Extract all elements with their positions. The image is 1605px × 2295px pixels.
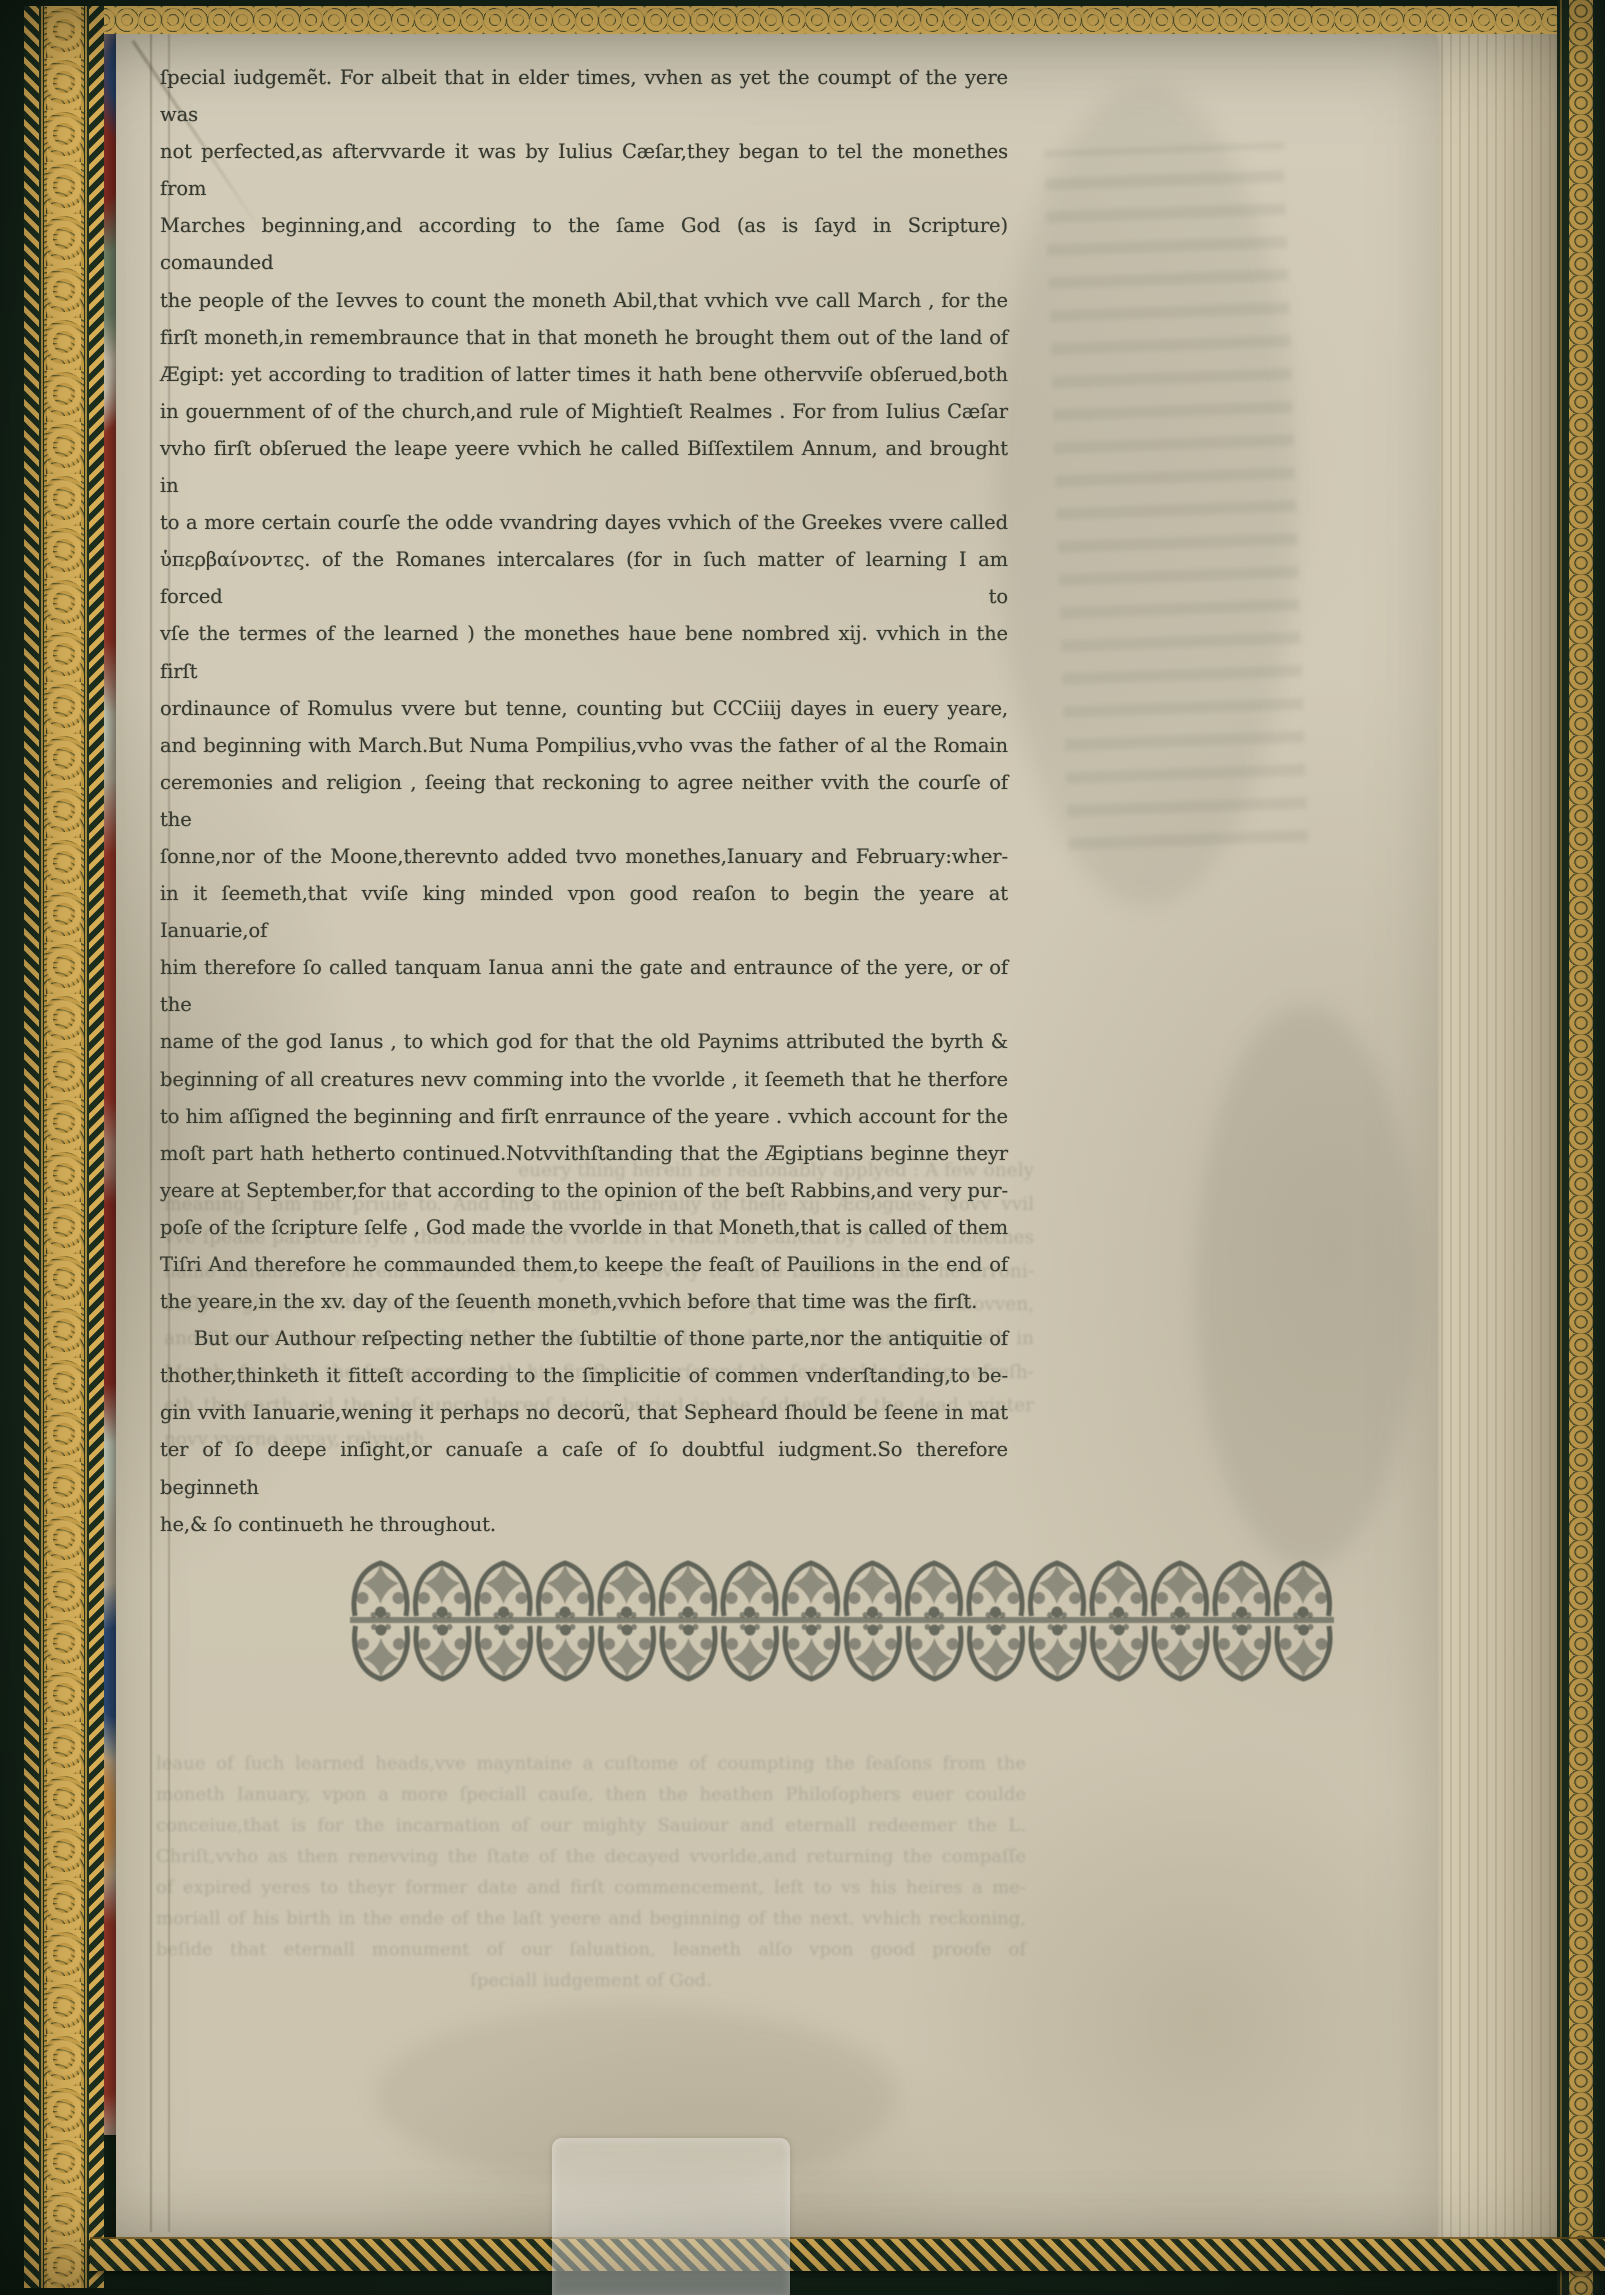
printed-text-line: to him aſſigned the beginning and firſt … (160, 1098, 1008, 1135)
fleuron-unit (477, 1563, 530, 1618)
printed-text-line: beginning of all creatures nevv comming … (160, 1061, 1008, 1098)
showthrough-line: March. for then the ſonne renevveth his … (164, 1356, 1034, 1390)
showthrough-marginalia (1044, 142, 1308, 850)
fleuron-unit (1277, 1563, 1330, 1618)
printed-text-line: Ægipt: yet according to tradition of lat… (160, 356, 1008, 393)
fleuron-unit (539, 1624, 592, 1679)
fleuron-unit (1154, 1563, 1207, 1618)
fleuron-unit (1092, 1563, 1145, 1618)
showthrough-line: name Ianuarie : wherein to ſome he may ſ… (164, 1255, 1034, 1289)
showthrough-line: moriall of his birth in the ende of the … (156, 1903, 1026, 1934)
fleuron-unit (1277, 1624, 1330, 1679)
printed-text-line: to a more certain courſe the odde vvandr… (160, 504, 1008, 541)
fleuron-unit (969, 1563, 1022, 1618)
showthrough-line: ouſly beginneth with that moneth,vvhich … (164, 1288, 1034, 1322)
fleuron-unit (1216, 1624, 1269, 1679)
showthrough-line: eth the earth,and the pleſaunce thereof … (164, 1389, 1034, 1423)
printed-text-line: vſe the termes of the learned ) the mone… (160, 615, 1008, 689)
fleuron-unit (416, 1563, 469, 1618)
printed-text-line: ordinaunce of Romulus vvere but tenne, c… (160, 690, 1008, 727)
fleuron-unit (1093, 1624, 1146, 1679)
fleuron-unit (908, 1563, 961, 1618)
fleuron-unit (785, 1563, 838, 1618)
fleuron-unit (847, 1624, 900, 1679)
showthrough-text-upper: euery thing herein be reaſonably applyed… (164, 1154, 1034, 1456)
gilt-border-bottom (90, 2239, 1605, 2271)
printed-text-line: him therefore ſo called tanquam Ianua an… (160, 949, 1008, 1023)
printed-text-line: ceremonies and religion , ſeeing that re… (160, 764, 1008, 838)
printed-text-line: in gouernment of of the church,and rule … (160, 393, 1008, 430)
showthrough-line: meaning I am not priuie to. And thus muc… (164, 1188, 1034, 1222)
showthrough-line: euery thing herein be reaſonably applyed… (164, 1154, 1034, 1188)
printed-text-line: not perfected,as aftervvarde it was by I… (160, 133, 1008, 207)
paper-stain (1196, 1006, 1416, 1566)
showthrough-line: leaue of ſuch learned heads,vve mayntain… (156, 1748, 1026, 1779)
printed-text-line: ſonne,nor of the Moone,therevnto added t… (160, 838, 1008, 875)
printed-text-line: vvho firſt obſerued the leape yeere vvhi… (160, 430, 1008, 504)
fleuron-unit (1215, 1563, 1268, 1618)
fleuron-unit (355, 1624, 408, 1679)
fleuron-unit (970, 1624, 1023, 1679)
gilt-border-right (1557, 0, 1605, 2295)
printed-text-line: he,& ſo continueth he throughout. (160, 1506, 1008, 1543)
book-page: ſpecial iudgemẽt. For albeit that in eld… (116, 26, 1438, 2244)
showthrough-text-lower: leaue of ſuch learned heads,vve mayntain… (156, 1748, 1026, 1996)
fleuron-unit (600, 1563, 653, 1618)
printers-flowers-ornament-band (350, 1558, 1334, 1684)
printed-text-line: ſpecial iudgemẽt. For albeit that in eld… (160, 59, 1008, 133)
fleuron-unit (908, 1624, 961, 1679)
fleuron-unit (1154, 1624, 1207, 1679)
showthrough-line: moneth Ianuary, vpon a more ſpeciall cau… (156, 1779, 1026, 1810)
fleuron-unit (785, 1624, 838, 1679)
printed-text-line: firſt moneth,in remembraunce that in tha… (160, 319, 1008, 356)
showthrough-line: beſide that eternall monument of our ſal… (156, 1934, 1026, 1965)
showthrough-line: Chriſt,vvho as then renevving the ſtate … (156, 1841, 1026, 1872)
translucent-tab (552, 2138, 790, 2295)
printed-text-line: in it ſeemeth,that vviſe king minded vpo… (160, 875, 1008, 949)
gilt-border-top (24, 6, 1574, 34)
fleuron-unit (416, 1624, 469, 1679)
showthrough-line: vve ſpeake particularly of them,and firſ… (164, 1221, 1034, 1255)
fleuron-unit (662, 1624, 715, 1679)
showthrough-line: conceiue,that is for the incarnation of … (156, 1810, 1026, 1841)
fleuron-unit (723, 1563, 776, 1618)
printed-text-line: Marches beginning,and according to the ſ… (160, 207, 1008, 281)
fleuron-unit (724, 1624, 777, 1679)
showthrough-line: of expired yeres to theyr former date an… (156, 1872, 1026, 1903)
fleuron-unit (1031, 1624, 1084, 1679)
fleuron-unit (539, 1563, 592, 1618)
fleuron-unit (1031, 1563, 1084, 1618)
fleuron-unit (601, 1624, 654, 1679)
printed-text-line: the people of the Ievves to count the mo… (160, 282, 1008, 319)
printed-text-line: name of the god Ianus , to which god for… (160, 1023, 1008, 1060)
printed-text-line: ὑπερβαίνοντες. of the Romanes intercalar… (160, 541, 1008, 615)
fleuron-unit (478, 1624, 531, 1679)
showthrough-line: novv vvorne avvay, relyueth. (164, 1423, 1034, 1457)
fleuron-unit (662, 1563, 715, 1618)
book-photograph: ſpecial iudgemẽt. For albeit that in eld… (0, 0, 1605, 2295)
printed-text-line: and beginning with March.But Numa Pompil… (160, 727, 1008, 764)
showthrough-line: and ſtoutely mainteyned vvith ſtronge re… (164, 1322, 1034, 1356)
fleuron-unit (354, 1563, 407, 1618)
showthrough-line: ſpeciall iudgement of God. (156, 1965, 1026, 1996)
fleuron-unit (846, 1563, 899, 1618)
gilt-border-left (24, 6, 104, 2288)
